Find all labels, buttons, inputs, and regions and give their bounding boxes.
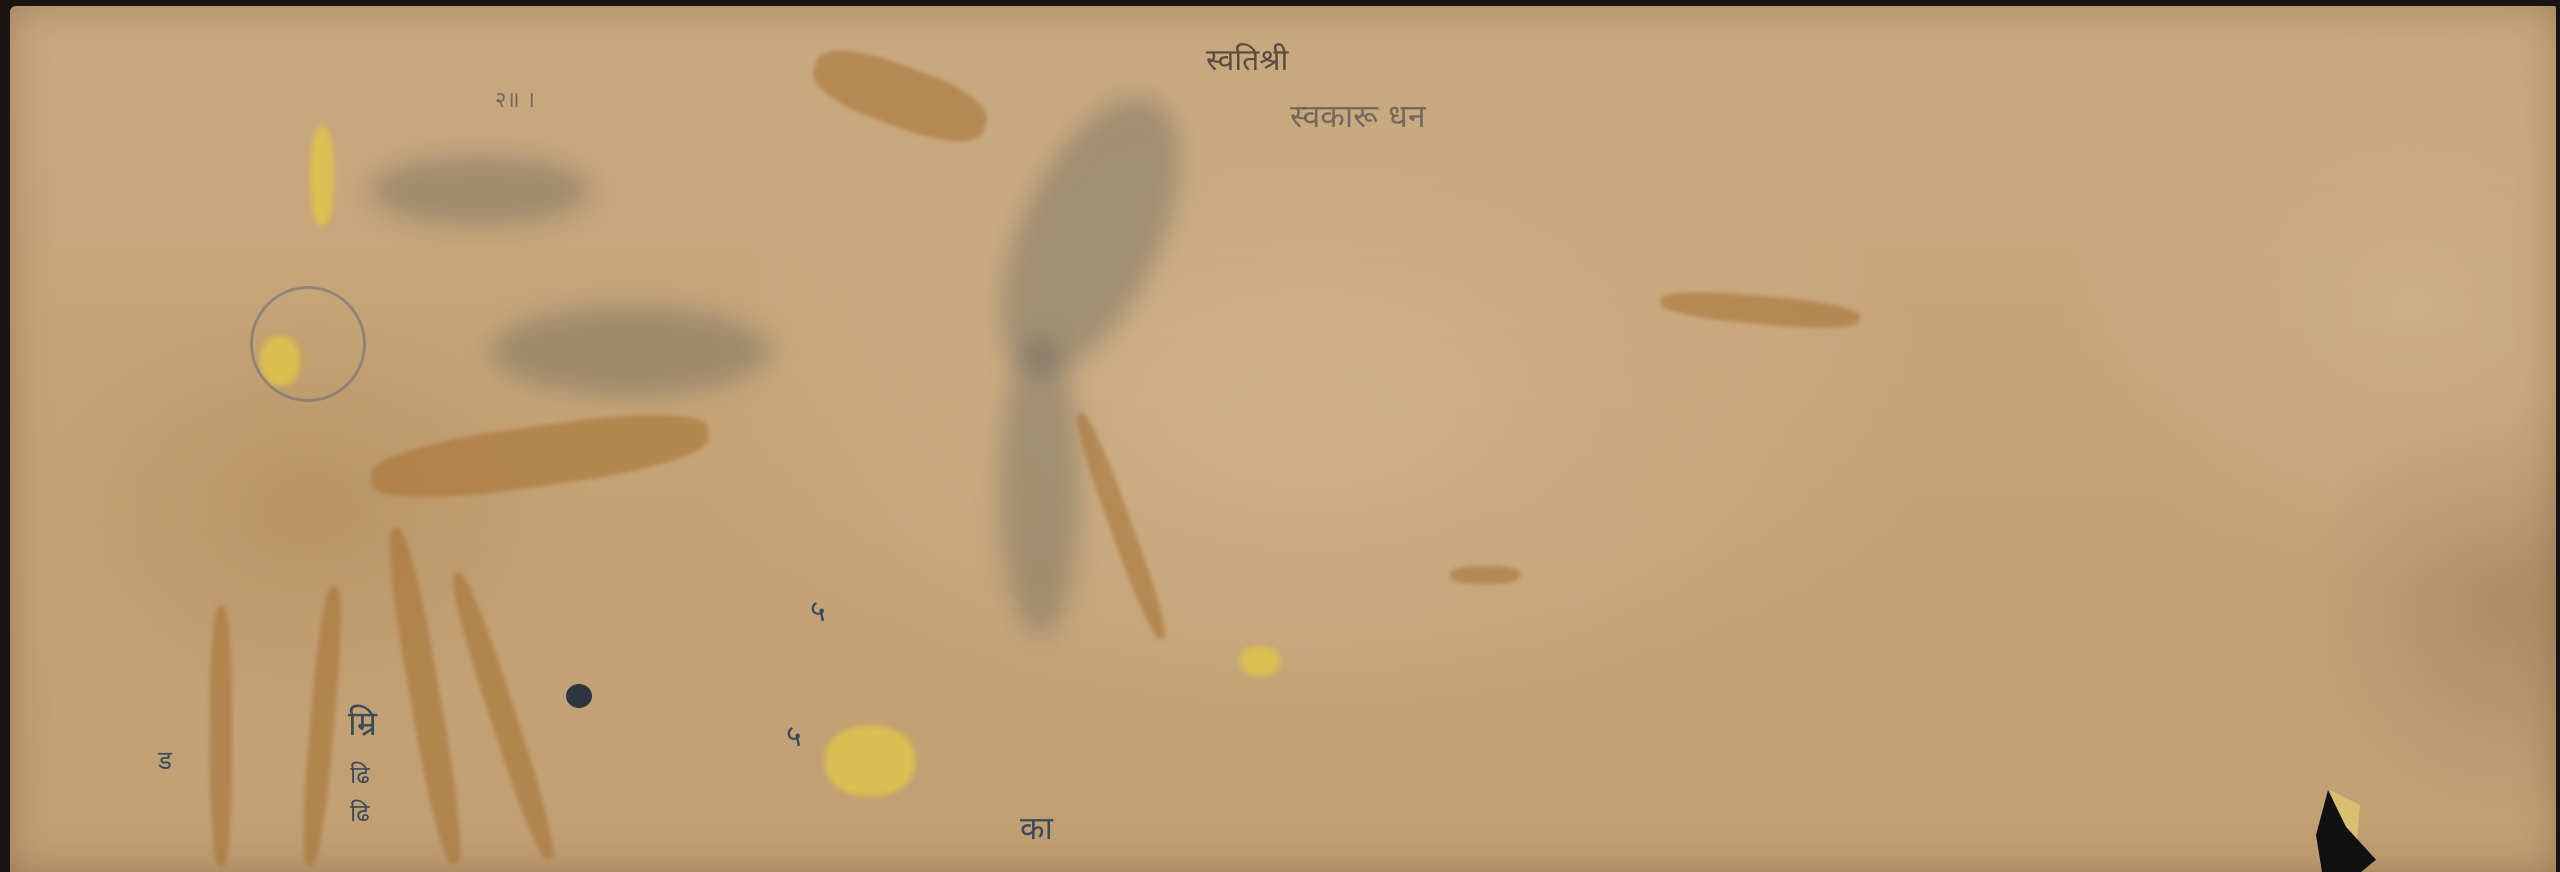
- yellow-pigment: [1240, 646, 1280, 676]
- inscription-bottom-center-1: ५: [810, 589, 826, 630]
- stain-drip: [367, 403, 712, 510]
- inscription-bottom-left-2: म्रि: [348, 699, 377, 745]
- ink-dot: [566, 684, 592, 708]
- inscription-bottom-left-4: ढि: [350, 796, 370, 829]
- stain-drip: [805, 37, 995, 155]
- stain-drip: [1450, 566, 1520, 584]
- stain-drip: [1659, 287, 1861, 332]
- stain-drip: [298, 585, 346, 866]
- inscription-bottom-left-3: ढि: [350, 758, 370, 791]
- stain-drip: [1070, 409, 1173, 642]
- inscription-top-left: २॥ ।: [495, 84, 535, 114]
- stain-drip: [444, 569, 561, 862]
- stain-drip: [210, 606, 232, 866]
- smudge-left: [490, 306, 770, 396]
- yellow-pigment: [310, 126, 334, 226]
- inscription-bottom-center-2: ५: [786, 714, 802, 755]
- smudge-top-left: [370, 156, 590, 226]
- yellow-pigment: [825, 726, 915, 796]
- manuscript-folio: स्वतिश्री स्वकारू धन २॥ । ड म्रि ढि ढि ५…: [10, 6, 2556, 872]
- inscription-top-2: स्वकारू धन: [1290, 94, 1426, 137]
- smudge-vertical: [1000, 336, 1080, 636]
- inscription-bottom-left-1: ड: [158, 741, 172, 777]
- smudge-diagonal: [963, 70, 1217, 401]
- pencil-circle: [250, 286, 366, 402]
- inscription-top-1: स्वतिश्री: [1206, 38, 1288, 79]
- inscription-bottom-center-3: का: [1020, 806, 1053, 849]
